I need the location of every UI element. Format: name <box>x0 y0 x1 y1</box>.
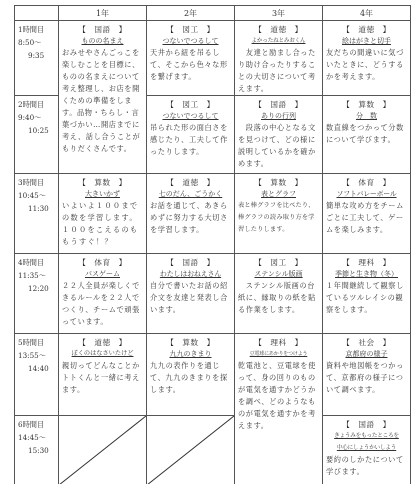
header-grade-1: 1年 <box>59 6 147 21</box>
lesson-topic-line-1: きょうみをもったところを <box>326 430 407 442</box>
period-end: 10:25 <box>18 124 58 137</box>
diagonal-slash-icon <box>59 416 146 484</box>
empty-cell-g1-p6 <box>59 416 147 484</box>
lesson-topic: わたしはおねえさん <box>150 268 231 280</box>
subject-label: 【 体育 】 <box>326 177 407 188</box>
lesson-description: 数直線をつかって分数について学びます。 <box>326 122 407 146</box>
lesson-cell-g3-p3: 【 算数 】 表とグラフ 表と棒グラフを比べたり、棒グラフの読み取り方を学習した… <box>235 174 323 254</box>
lesson-cell-g3-p4: 【 図工 】 ステンシル版画 ステンシル版画の台紙に、縁取りの紙を貼る作業をしま… <box>235 254 323 334</box>
lesson-topic: 表とグラフ <box>238 188 319 200</box>
period-label: 6時間目 <box>18 418 58 431</box>
subject-label: 【 理科 】 <box>238 337 319 348</box>
lesson-description: 吊られた形の面白さを感じたり、工夫して作ったりします。 <box>150 122 231 158</box>
header-grade-2: 2年 <box>147 6 235 21</box>
period-time-6: 6時間目 14:45～ 15:30 <box>15 416 59 484</box>
subject-label: 【 国語 】 <box>238 99 319 110</box>
period-start: 14:45～ <box>18 431 58 444</box>
period-time-1: 1時間目 8:50～ 9:35 <box>15 21 59 96</box>
subject-label: 【 道徳 】 <box>238 24 319 35</box>
lesson-topic: 分 数 <box>326 110 407 122</box>
subject-label: 【 算数 】 <box>238 177 319 188</box>
lesson-description: 友だちの間違いに気づいたときに、どうするかを考えます。 <box>326 47 407 83</box>
period-label: 5時間目 <box>18 336 58 349</box>
subject-label: 【 国語 】 <box>326 419 407 430</box>
period-row-1: 1時間目 8:50～ 9:35 【 国語 】 ものの名まえ おみせやさんごっこを… <box>15 21 411 96</box>
lesson-description: 段落の中心となる文を見つけて、どの様に説明しているかを確かめます。 <box>238 122 319 170</box>
subject-label: 【 国語 】 <box>150 257 231 268</box>
empty-cell-g2-p6 <box>147 416 235 484</box>
period-label: 2時間目 <box>18 98 58 111</box>
lesson-topic: ぼくのはなさいたけど <box>62 348 143 360</box>
subject-label: 【 図工 】 <box>150 99 231 110</box>
period-start: 8:50～ <box>18 36 58 49</box>
period-start: 9:40～ <box>18 111 58 124</box>
lesson-description: 自分で書いたお話の紹介文を友達と発表し合います。 <box>150 280 231 316</box>
lesson-description: いよいよ１００までの数を学習します。１００をこえるのももうすぐ！？ <box>62 200 143 248</box>
period-row-5: 5時間目 13:55～ 14:40 【 道徳 】 ぼくのはなさいたけど 親切って… <box>15 334 411 416</box>
lesson-description: 友達と励まし合ったり助け合ったりすることの大切さについて考えます。 <box>238 47 319 95</box>
period-time-2: 2時間目 9:40～ 10:25 <box>15 96 59 174</box>
period-row-3: 3時間目 10:45～ 11:30 【 算数 】 大きいかず いよいよ１００まで… <box>15 174 411 254</box>
lesson-cell-g3-p5: 【 理科 】 豆電球にあかりをつけよう 乾電池と、豆電球を使って、身の回りのもの… <box>235 334 323 484</box>
lesson-description: 乾電池と、豆電球を使って、身の回りのものが電気を通すかどうかを調べ、どのようなも… <box>238 360 319 432</box>
lesson-topic: 絵はがきと切手 <box>326 35 407 47</box>
period-end: 9:35 <box>18 49 58 62</box>
lesson-cell-g2-p1: 【 図工 】 つないでつるして 天井から紐を吊るして、そこから色々な形を繋げます… <box>147 21 235 96</box>
lesson-cell-g1-p3: 【 算数 】 大きいかず いよいよ１００までの数を学習します。１００をこえるのも… <box>59 174 147 254</box>
lesson-cell-g4-p5: 【 社会 】 京都府の様子 資料や地図帳をつかって、京都府の様子について調べます… <box>323 334 411 416</box>
period-time-4: 4時間目 11:35～ 12:20 <box>15 254 59 334</box>
period-end: 11:30 <box>18 202 58 215</box>
header-grade-4: 4年 <box>323 6 411 21</box>
lesson-description: 天井から紐を吊るして、そこから色々な形を繋げます。 <box>150 47 231 83</box>
lesson-cell-g2-p3: 【 道徳 】 七のだん、ごうかく お話を通じて、あきらめずに努力する大切さを学習… <box>147 174 235 254</box>
period-time-3: 3時間目 10:45～ 11:30 <box>15 174 59 254</box>
lesson-cell-g4-p1: 【 道徳 】 絵はがきと切手 友だちの間違いに気づいたときに、どうするかを考えま… <box>323 21 411 96</box>
lesson-description: 表と棒グラフを比べたり、棒グラフの読み取り方を学習したりします。 <box>238 200 319 236</box>
subject-label: 【 算数 】 <box>326 99 407 110</box>
lesson-description: ステンシル版画の台紙に、縁取りの紙を貼る作業をします。 <box>238 280 319 316</box>
lesson-topic: よかったねとみおくん <box>238 35 319 47</box>
subject-label: 【 理科 】 <box>326 257 407 268</box>
lesson-description: １年間継続して観察しているツルレイシの観察をします。 <box>326 280 407 316</box>
lesson-description: 親切ってどんなことかトトくんと一緒に考えます。 <box>62 360 143 396</box>
subject-label: 【 図工 】 <box>238 257 319 268</box>
lesson-topic: ステンシル版画 <box>238 268 319 280</box>
lesson-cell-g4-p6: 【 国語 】 きょうみをもったところを 中心にしょうかいしよう 要約のしかたにつ… <box>323 416 411 484</box>
lesson-description: ２２人全員が楽しくできるルールを２２人でつくり、チームで頑張っています。 <box>62 280 143 328</box>
lesson-topic: パスゲーム <box>62 268 143 280</box>
lesson-description: 要約のしかたについて学びます。 <box>326 454 407 478</box>
header-grade-3: 3年 <box>235 6 323 21</box>
lesson-topic: 京都府の様子 <box>326 348 407 360</box>
lesson-topic: ソフトバレーボール <box>326 188 407 200</box>
period-time-5: 5時間目 13:55～ 14:40 <box>15 334 59 416</box>
period-start: 10:45～ <box>18 189 58 202</box>
lesson-topic: 豆電球にあかりをつけよう <box>238 348 319 360</box>
subject-label: 【 算数 】 <box>150 337 231 348</box>
lesson-description: 九九の表作りを通じて、九九のきまりを探します。 <box>150 360 231 396</box>
period-end: 12:20 <box>18 282 58 295</box>
lesson-description: お話を通じて、あきらめずに努力する大切さを学習します。 <box>150 200 231 236</box>
lesson-cell-g2-p2: 【 図工 】 つないでつるして 吊られた形の面白さを感じたり、工夫して作ったりし… <box>147 96 235 174</box>
subject-label: 【 社会 】 <box>326 337 407 348</box>
class-schedule-table: 1年 2年 3年 4年 1時間目 8:50～ 9:35 【 国語 】 ものの名ま… <box>14 5 411 484</box>
lesson-cell-g3-p1: 【 道徳 】 よかったねとみおくん 友達と励まし合ったり助け合ったりすることの大… <box>235 21 323 96</box>
lesson-topic: つないでつるして <box>150 110 231 122</box>
lesson-topic: 季節と生き物（冬） <box>326 268 407 280</box>
lesson-topic: 大きいかず <box>62 188 143 200</box>
lesson-topic: ものの名まえ <box>62 35 143 47</box>
period-label: 3時間目 <box>18 176 58 189</box>
period-end: 14:40 <box>18 362 58 375</box>
lesson-topic: 九九のきまり <box>150 348 231 360</box>
lesson-cell-g4-p3: 【 体育 】 ソフトバレーボール 簡単な攻め方をチームごとに工夫して、ゲームを楽… <box>323 174 411 254</box>
lesson-cell-g2-p4: 【 国語 】 わたしはおねえさん 自分で書いたお話の紹介文を友達と発表し合います… <box>147 254 235 334</box>
lesson-cell-g1-p4: 【 体育 】 パスゲーム ２２人全員が楽しくできるルールを２２人でつくり、チーム… <box>59 254 147 334</box>
period-row-4: 4時間目 11:35～ 12:20 【 体育 】 パスゲーム ２２人全員が楽しく… <box>15 254 411 334</box>
lesson-description: おみせやさんごっこを楽しむことを目標に、ものの名まえについて考え整理し、お店を開… <box>62 47 143 155</box>
subject-label: 【 国語 】 <box>62 24 143 35</box>
lesson-cell-g1-p1: 【 国語 】 ものの名まえ おみせやさんごっこを楽しむことを目標に、ものの名まえ… <box>59 21 147 174</box>
period-label: 4時間目 <box>18 256 58 269</box>
lesson-cell-g3-p2: 【 国語 】 ありの行列 段落の中心となる文を見つけて、どの様に説明しているかを… <box>235 96 323 174</box>
diagonal-slash-icon <box>147 416 234 484</box>
lesson-cell-g2-p5: 【 算数 】 九九のきまり 九九の表作りを通じて、九九のきまりを探します。 <box>147 334 235 416</box>
lesson-description: 簡単な攻め方をチームごとに工夫して、ゲームを楽しみます。 <box>326 200 407 236</box>
lesson-description: 資料や地図帳をつかって、京都府の様子について調べます。 <box>326 360 407 396</box>
subject-label: 【 道徳 】 <box>150 177 231 188</box>
lesson-topic-line-2: 中心にしょうかいしよう <box>326 442 407 454</box>
lesson-topic: ありの行列 <box>238 110 319 122</box>
subject-label: 【 体育 】 <box>62 257 143 268</box>
subject-label: 【 道徳 】 <box>62 337 143 348</box>
period-start: 11:35～ <box>18 269 58 282</box>
lesson-topic: つないでつるして <box>150 35 231 47</box>
period-start: 13:55～ <box>18 349 58 362</box>
lesson-cell-g4-p4: 【 理科 】 季節と生き物（冬） １年間継続して観察しているツルレイシの観察をし… <box>323 254 411 334</box>
subject-label: 【 道徳 】 <box>326 24 407 35</box>
subject-label: 【 図工 】 <box>150 24 231 35</box>
subject-label: 【 算数 】 <box>62 177 143 188</box>
header-corner <box>15 6 59 21</box>
lesson-cell-g4-p2: 【 算数 】 分 数 数直線をつかって分数について学びます。 <box>323 96 411 174</box>
period-end: 15:30 <box>18 444 58 457</box>
period-label: 1時間目 <box>18 23 58 36</box>
header-row: 1年 2年 3年 4年 <box>15 6 411 21</box>
period-row-6: 6時間目 14:45～ 15:30 【 国語 】 きょうみをもったところを 中心… <box>15 416 411 484</box>
lesson-cell-g1-p5: 【 道徳 】 ぼくのはなさいたけど 親切ってどんなことかトトくんと一緒に考えます… <box>59 334 147 416</box>
lesson-topic: 七のだん、ごうかく <box>150 188 231 200</box>
